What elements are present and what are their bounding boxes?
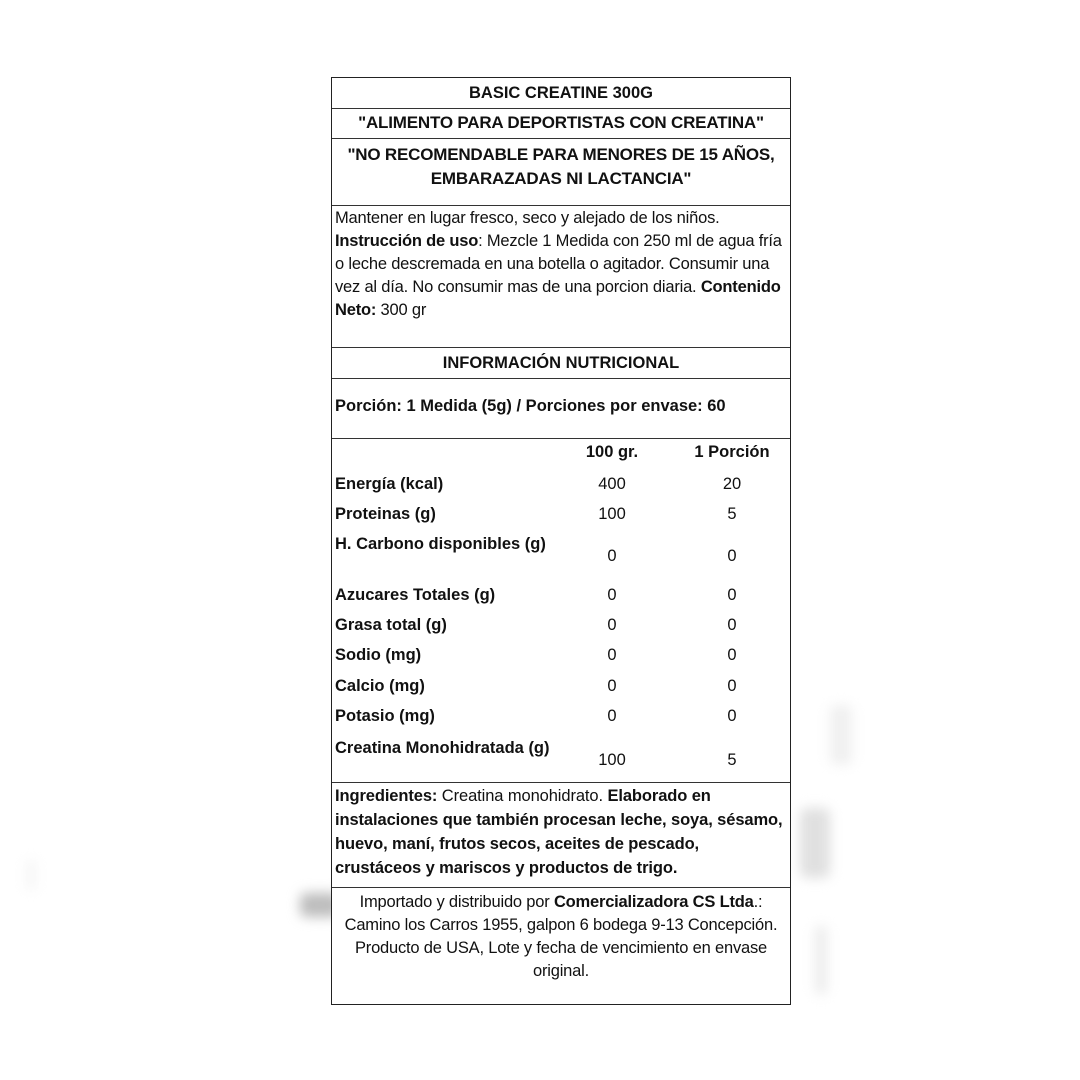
value-per-100g: 100 (572, 503, 652, 526)
product-name: BASIC CREATINE 300G (332, 78, 790, 109)
nutrient-name: Calcio (mg) (335, 675, 550, 698)
value-per-100g: 0 (572, 584, 652, 607)
ingredients: Ingredientes: Creatina monohidrato. Elab… (332, 783, 790, 888)
product-category: "ALIMENTO PARA DEPORTISTAS CON CREATINA" (332, 109, 790, 139)
portion-info: Porción: 1 Medida (5g) / Porciones por e… (332, 379, 790, 439)
importer-prefix: Importado y distribuido por (360, 893, 554, 911)
net-content-value: 300 gr (376, 301, 426, 319)
background-smudge (815, 925, 827, 995)
value-per-100g: 100 (572, 749, 652, 772)
nutrient-name: Sodio (mg) (335, 644, 550, 667)
value-per-100g: 400 (572, 473, 652, 496)
age-warning: "NO RECOMENDABLE PARA MENORES DE 15 AÑOS… (332, 139, 790, 206)
value-per-portion: 0 (682, 644, 782, 667)
value-per-portion: 5 (682, 503, 782, 526)
column-header-100g: 100 gr. (572, 443, 652, 462)
nutrient-name: Potasio (mg) (335, 705, 550, 728)
value-per-100g: 0 (572, 545, 652, 568)
value-per-portion: 0 (682, 675, 782, 698)
nutrient-name: Proteinas (g) (335, 503, 550, 526)
nutrient-name: Creatina Monohidratada (g) (335, 737, 550, 760)
ingredients-label: Ingredientes: (335, 787, 437, 805)
background-smudge (28, 860, 34, 890)
nutrition-table: 100 gr. 1 Porción Energía (kcal)40020Pro… (332, 439, 790, 783)
background-smudge (800, 808, 830, 878)
value-per-portion: 5 (682, 749, 782, 772)
nutrient-name: Energía (kcal) (335, 473, 550, 496)
storage-text: Mantener en lugar fresco, seco y alejado… (335, 207, 787, 230)
nutrient-name: Azucares Totales (g) (335, 584, 550, 607)
value-per-portion: 0 (682, 705, 782, 728)
value-per-100g: 0 (572, 614, 652, 637)
value-per-100g: 0 (572, 675, 652, 698)
importer-name: Comercializadora CS Ltda (554, 893, 754, 911)
nutrient-name: Grasa total (g) (335, 614, 550, 637)
background-smudge (830, 705, 852, 765)
ingredients-text: Creatina monohidrato. (437, 787, 607, 805)
value-per-100g: 0 (572, 644, 652, 667)
usage-label: Instrucción de uso (335, 232, 478, 250)
nutrient-name: H. Carbono disponibles (g) (335, 533, 550, 556)
value-per-portion: 0 (682, 545, 782, 568)
value-per-portion: 0 (682, 584, 782, 607)
nutrition-title: INFORMACIÓN NUTRICIONAL (332, 348, 790, 379)
age-warning-line2: EMBARAZADAS NI LACTANCIA" (332, 167, 790, 191)
value-per-portion: 20 (682, 473, 782, 496)
nutrition-label: BASIC CREATINE 300G "ALIMENTO PARA DEPOR… (331, 77, 791, 1005)
usage-instructions: Mantener en lugar fresco, seco y alejado… (332, 206, 790, 348)
age-warning-line1: "NO RECOMENDABLE PARA MENORES DE 15 AÑOS… (332, 143, 790, 167)
value-per-portion: 0 (682, 614, 782, 637)
column-header-portion: 1 Porción (682, 443, 782, 462)
value-per-100g: 0 (572, 705, 652, 728)
importer-info: Importado y distribuido por Comercializa… (332, 888, 790, 1004)
